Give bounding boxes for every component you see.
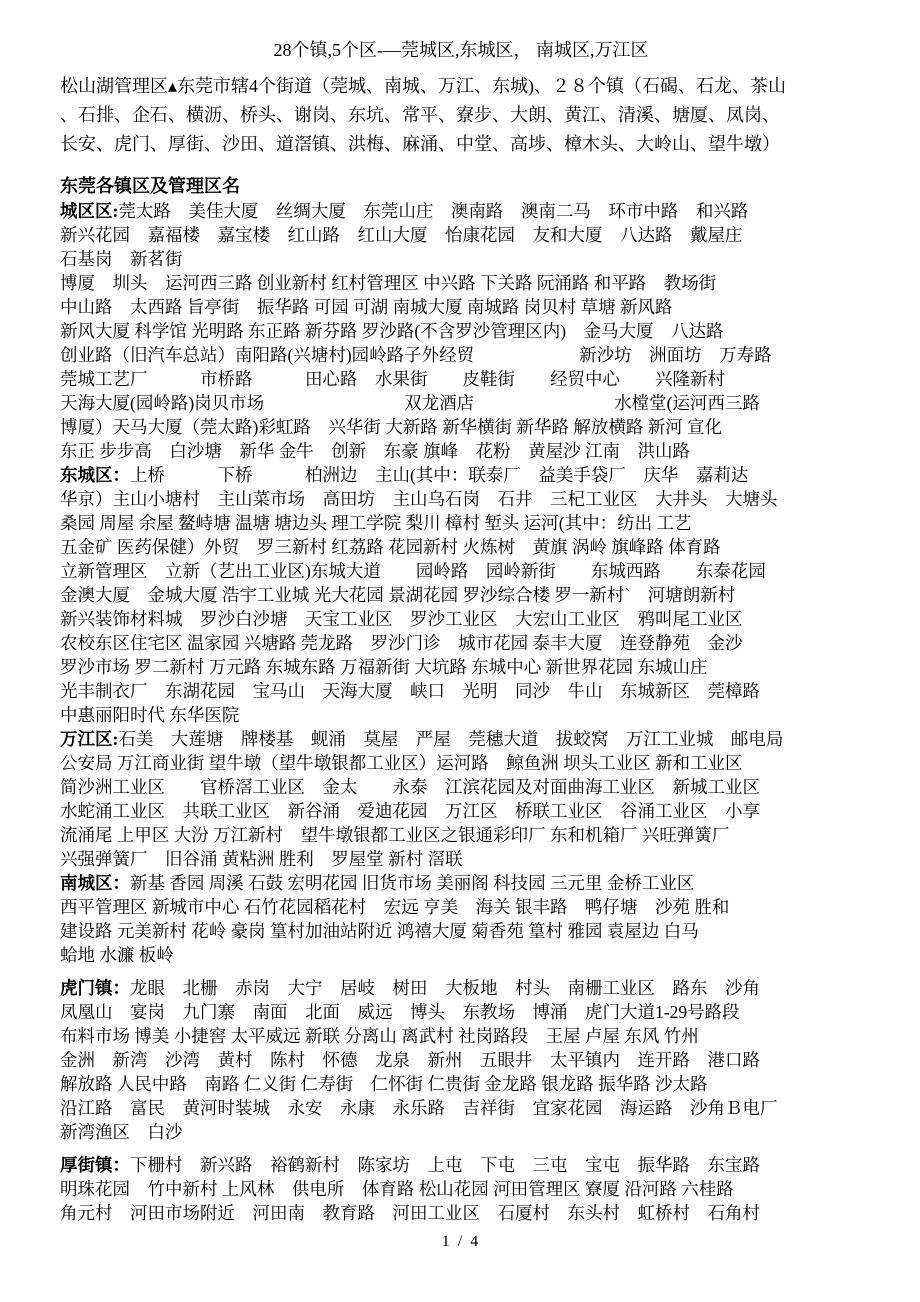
text-line: 博厦）天马大厦（莞太路)彩虹路 兴华街 大新路 新华横街 新华路 解放横路 新河…: [60, 415, 862, 439]
place-names-text: 立新管理区 立新（艺出工业区)东城大道 园岭路 园岭新街 东城西路 东泰花园: [60, 561, 766, 581]
text-line: 华京）主山小塘村 主山菜市场 高田坊 主山乌石岗 石井 三杞工业区 大井头 大塘…: [60, 487, 862, 511]
text-line: 兴强弹簧厂 旧谷涌 黄粘洲 胜利 罗屋堂 新村 滘联: [60, 847, 862, 871]
place-names-text: 中山路 太西路 旨亭街 振华路 可园 可湖 南城大厦 南城路 岗贝村 草塘 新风…: [60, 297, 673, 317]
place-names-text: 莞城工艺厂 市桥路 田心路 水果街 皮鞋街 经贸中心 兴隆新村: [60, 369, 725, 389]
blank-line: [60, 1144, 862, 1153]
text-line: 五金矿 医药保健）外贸 罗三新村 红荔路 花园新村 火炼树 黄旗 涡岭 旗峰路 …: [60, 535, 862, 559]
intro-line: 长安、虎门、厚街、沙田、道滘镇、洪梅、麻涌、中堂、高埗、樟木头、大岭山、望牛墩）: [60, 130, 862, 159]
text-line: 新湾渔区 白沙: [60, 1120, 862, 1144]
text-line: 新风大厦 科学馆 光明路 东正路 新芬路 罗沙路(不含罗沙管理区内) 金马大厦 …: [60, 319, 862, 343]
text-line: 博厦 圳头 运河西三路 创业新村 红村管理区 中兴路 下关路 阮涌路 和平路 教…: [60, 271, 862, 295]
district-label: 万江区:: [60, 729, 118, 749]
text-line: 角元村 河田市场附近 河田南 教育路 河田工业区 石厦村 东头村 虹桥村 石角村: [60, 1201, 862, 1225]
place-names-text: 新兴装饰材料城 罗沙白沙塘 天宝工业区 罗沙工业区 大宏山工业区 鸦叫尾工业区: [60, 609, 743, 629]
place-names-text: 沿江路 富民 黄河时装城 永安 永康 永乐路 吉祥街 宜家花园 海运路 沙角Ｂ电…: [60, 1098, 778, 1118]
text-line: 水蛇涌工业区 共联工业区 新谷涌 爱迪花园 万江区 桥联工业区 谷涌工业区 小享: [60, 799, 862, 823]
section-heading: 东莞各镇区及管理区名: [60, 173, 862, 199]
place-names-text: 天海大厦(园岭路)岗贝市场 双龙酒店 水樘堂(运河西三路: [60, 393, 760, 413]
place-names-text: 农校东区住宅区 温家园 兴塘路 莞龙路 罗沙门诊 城市花园 泰丰大厦 连登静苑 …: [60, 633, 743, 653]
place-names-text: 兴强弹簧厂 旧谷涌 黄粘洲 胜利 罗屋堂 新村 滘联: [60, 849, 463, 869]
place-names-text: 石基岗 新茗街: [60, 249, 183, 269]
place-names-text: 蛤地 水濂 板岭: [60, 945, 174, 965]
intro-line: 、石排、企石、横沥、桥头、谢岗、东坑、常平、寮步、大朗、黄江、清溪、塘厦、凤岗、: [60, 101, 862, 130]
district-label: 城区区:: [60, 201, 118, 221]
text-line: 农校东区住宅区 温家园 兴塘路 莞龙路 罗沙门诊 城市花园 泰丰大厦 连登静苑 …: [60, 631, 862, 655]
text-line: 简沙洲工业区 官桥滘工业区 金太 永泰 江滨花园及对面曲海工业区 新城工业区: [60, 775, 862, 799]
place-names-text: 新湾渔区 白沙: [60, 1122, 183, 1142]
text-line: 新兴装饰材料城 罗沙白沙塘 天宝工业区 罗沙工业区 大宏山工业区 鸦叫尾工业区: [60, 607, 862, 631]
place-names-text: 石美 大莲塘 牌楼基 蚬涌 莫屋 严屋 莞穗大道 拔蛟窝 万江工业城 邮电局: [118, 729, 783, 749]
text-line: 天海大厦(园岭路)岗贝市场 双龙酒店 水樘堂(运河西三路: [60, 391, 862, 415]
document-page: 28个镇,5个区-—莞城区,东城区， 南城区,万江区 松山湖管理区▴东莞市辖4个…: [0, 0, 920, 1302]
text-line: 厚街镇：下栅村 新兴路 裕鹤新村 陈家坊 上屯 下屯 三屯 宝屯 振华路 东宝路: [60, 1153, 862, 1177]
text-line: 创业路（旧汽车总站）南阳路(兴塘村)园岭路子外经贸 新沙坊 洲面坊 万寿路: [60, 343, 862, 367]
document-body: 松山湖管理区▴东莞市辖4个街道（莞城、南城、万江、东城)、２８个镇（石碣、石龙、…: [60, 72, 862, 1225]
text-line: 蛤地 水濂 板岭: [60, 943, 862, 967]
district-label: 厚街镇：: [60, 1155, 130, 1175]
place-names-text: 创业路（旧汽车总站）南阳路(兴塘村)园岭路子外经贸 新沙坊 洲面坊 万寿路: [60, 345, 772, 365]
text-line: 石基岗 新茗街: [60, 247, 862, 271]
document-title: 28个镇,5个区-—莞城区,东城区， 南城区,万江区: [60, 36, 862, 64]
place-names-text: 博厦 圳头 运河西三路 创业新村 红村管理区 中兴路 下关路 阮涌路 和平路 教…: [60, 273, 716, 293]
place-names-text: 简沙洲工业区 官桥滘工业区 金太 永泰 江滨花园及对面曲海工业区 新城工业区: [60, 777, 760, 797]
text-line: 中惠丽阳时代 东华医院: [60, 703, 862, 727]
place-names-text: 建设路 元美新村 花岭 豪岗 篁村加油站附近 鸿禧大厦 菊香苑 篁村 雅园 袁屋…: [60, 921, 699, 941]
text-line: 光丰制衣厂 东湖花园 宝马山 天海大厦 峡口 光明 同沙 牛山 东城新区 莞樟路: [60, 679, 862, 703]
place-names-text: 桑园 周屋 余屋 鳌峙塘 温塘 塘边头 理工学院 梨川 樟村 堑头 运河(其中：…: [60, 513, 691, 533]
text-line: 西平管理区 新城市中心 石竹花园稻花村 宏远 亨美 海关 银丰路 鸭仔塘 沙苑 …: [60, 895, 862, 919]
text-line: 建设路 元美新村 花岭 豪岗 篁村加油站附近 鸿禧大厦 菊香苑 篁村 雅园 袁屋…: [60, 919, 862, 943]
text-line: 立新管理区 立新（艺出工业区)东城大道 园岭路 园岭新街 东城西路 东泰花园: [60, 559, 862, 583]
place-names-text: 龙眼 北栅 赤岗 大宁 居岐 树田 大板地 村头 南栅工业区 路东 沙角: [130, 978, 760, 998]
text-line: 南城区：新基 香园 周溪 石鼓 宏明花园 旧货市场 美丽阁 科技园 三元里 金桥…: [60, 871, 862, 895]
place-names-text: 明珠花园 竹中新村 上风林 供电所 体育路 松山花园 河田管理区 寮厦 沿河路 …: [60, 1179, 734, 1199]
text-line: 金澳大厦 金城大厦 浩宇工业城 光大花园 景湖花园 罗沙综合楼 罗一新村` 河塘…: [60, 583, 862, 607]
blank-line: [60, 967, 862, 976]
place-names-text: 角元村 河田市场附近 河田南 教育路 河田工业区 石厦村 东头村 虹桥村 石角村: [60, 1203, 760, 1223]
place-names-text: 新风大厦 科学馆 光明路 东正路 新芬路 罗沙路(不含罗沙管理区内) 金马大厦 …: [60, 321, 724, 341]
text-line: 中山路 太西路 旨亭街 振华路 可园 可湖 南城大厦 南城路 岗贝村 草塘 新风…: [60, 295, 862, 319]
place-names-text: 凤凰山 宴岗 九门寨 南面 北面 威远 博头 东教场 博涌 虎门大道1-29号路…: [60, 1002, 740, 1022]
blank-line: [60, 159, 862, 173]
place-names-text: 金洲 新湾 沙湾 黄村 陈村 怀德 龙泉 新州 五眼井 太平镇内 连开路 港口路: [60, 1050, 760, 1070]
text-line: 解放路 人民中路 南路 仁义街 仁寿街 仁怀街 仁贵街 金龙路 银龙路 振华路 …: [60, 1072, 862, 1096]
place-names-text: 公安局 万江商业街 望牛墩（望牛墩银都工业区）运河路 鲸鱼洲 坝头工业区 新和工…: [60, 753, 743, 773]
text-line: 布料市场 博美 小捷窖 太平威远 新联 分离山 离武村 社岗路段 王屋 卢屋 东…: [60, 1024, 862, 1048]
place-names-text: 上桥 下桥 柏洲边 主山(其中：联泰厂 益美手袋厂 庆华 嘉莉达: [130, 465, 748, 485]
text-line: 万江区:石美 大莲塘 牌楼基 蚬涌 莫屋 严屋 莞穗大道 拔蛟窝 万江工业城 邮…: [60, 727, 862, 751]
text-line: 虎门镇：龙眼 北栅 赤岗 大宁 居岐 树田 大板地 村头 南栅工业区 路东 沙角: [60, 976, 862, 1000]
place-names-text: 中惠丽阳时代 东华医院: [60, 705, 239, 725]
text-line: 东城区：上桥 下桥 柏洲边 主山(其中：联泰厂 益美手袋厂 庆华 嘉莉达: [60, 463, 862, 487]
place-names-text: 光丰制衣厂 东湖花园 宝马山 天海大厦 峡口 光明 同沙 牛山 东城新区 莞樟路: [60, 681, 760, 701]
place-names-text: 新基 香园 周溪 石鼓 宏明花园 旧货市场 美丽阁 科技园 三元里 金桥工业区: [130, 873, 694, 893]
place-names-text: 西平管理区 新城市中心 石竹花园稻花村 宏远 亨美 海关 银丰路 鸭仔塘 沙苑 …: [60, 897, 729, 917]
district-label: 虎门镇：: [60, 978, 130, 998]
text-line: 沿江路 富民 黄河时装城 永安 永康 永乐路 吉祥街 宜家花园 海运路 沙角Ｂ电…: [60, 1096, 862, 1120]
page-number: 1 / 4: [60, 1231, 862, 1253]
text-line: 金洲 新湾 沙湾 黄村 陈村 怀德 龙泉 新州 五眼井 太平镇内 连开路 港口路: [60, 1048, 862, 1072]
place-names-text: 布料市场 博美 小捷窖 太平威远 新联 分离山 离武村 社岗路段 王屋 卢屋 东…: [60, 1026, 699, 1046]
place-names-text: 莞太路 美佳大厦 丝绸大厦 东莞山庄 澳南路 澳南二马 环市中路 和兴路: [118, 201, 748, 221]
text-line: 凤凰山 宴岗 九门寨 南面 北面 威远 博头 东教场 博涌 虎门大道1-29号路…: [60, 1000, 862, 1024]
text-line: 桑园 周屋 余屋 鳌峙塘 温塘 塘边头 理工学院 梨川 樟村 堑头 运河(其中：…: [60, 511, 862, 535]
place-names-text: 下栅村 新兴路 裕鹤新村 陈家坊 上屯 下屯 三屯 宝屯 振华路 东宝路: [130, 1155, 760, 1175]
text-line: 流涌尾 上甲区 大汾 万江新村 望牛墩银都工业区之银通彩印厂 东和机箱厂 兴旺弹…: [60, 823, 862, 847]
place-names-text: 博厦）天马大厦（莞太路)彩虹路 兴华街 大新路 新华横街 新华路 解放横路 新河…: [60, 417, 722, 437]
text-line: 莞城工艺厂 市桥路 田心路 水果街 皮鞋街 经贸中心 兴隆新村: [60, 367, 862, 391]
place-names-text: 五金矿 医药保健）外贸 罗三新村 红荔路 花园新村 火炼树 黄旗 涡岭 旗峰路 …: [60, 537, 721, 557]
text-line: 东正 步步高 白沙塘 新华 金牛 创新 东豪 旗峰 花粉 黄屋沙 江南 洪山路: [60, 439, 862, 463]
intro-line: 松山湖管理区▴东莞市辖4个街道（莞城、南城、万江、东城)、２８个镇（石碣、石龙、…: [60, 72, 862, 101]
text-line: 新兴花园 嘉福楼 嘉宝楼 红山路 红山大厦 怡康花园 友和大厦 八达路 戴屋庄: [60, 223, 862, 247]
district-label: 南城区：: [60, 873, 130, 893]
place-names-text: 罗沙市场 罗二新村 万元路 东城东路 万福新街 大坑路 东城中心 新世界花园 东…: [60, 657, 708, 677]
text-line: 明珠花园 竹中新村 上风林 供电所 体育路 松山花园 河田管理区 寮厦 沿河路 …: [60, 1177, 862, 1201]
district-label: 东城区：: [60, 465, 130, 485]
place-names-text: 水蛇涌工业区 共联工业区 新谷涌 爱迪花园 万江区 桥联工业区 谷涌工业区 小享: [60, 801, 760, 821]
place-names-text: 解放路 人民中路 南路 仁义街 仁寿街 仁怀街 仁贵街 金龙路 银龙路 振华路 …: [60, 1074, 708, 1094]
place-names-text: 华京）主山小塘村 主山菜市场 高田坊 主山乌石岗 石井 三杞工业区 大井头 大塘…: [60, 489, 778, 509]
place-names-text: 金澳大厦 金城大厦 浩宇工业城 光大花园 景湖花园 罗沙综合楼 罗一新村` 河塘…: [60, 585, 735, 605]
text-line: 罗沙市场 罗二新村 万元路 东城东路 万福新街 大坑路 东城中心 新世界花园 东…: [60, 655, 862, 679]
place-names-text: 流涌尾 上甲区 大汾 万江新村 望牛墩银都工业区之银通彩印厂 东和机箱厂 兴旺弹…: [60, 825, 729, 845]
text-line: 城区区:莞太路 美佳大厦 丝绸大厦 东莞山庄 澳南路 澳南二马 环市中路 和兴路: [60, 199, 862, 223]
place-names-text: 新兴花园 嘉福楼 嘉宝楼 红山路 红山大厦 怡康花园 友和大厦 八达路 戴屋庄: [60, 225, 743, 245]
text-line: 公安局 万江商业街 望牛墩（望牛墩银都工业区）运河路 鲸鱼洲 坝头工业区 新和工…: [60, 751, 862, 775]
place-names-text: 东正 步步高 白沙塘 新华 金牛 创新 东豪 旗峰 花粉 黄屋沙 江南 洪山路: [60, 441, 690, 461]
